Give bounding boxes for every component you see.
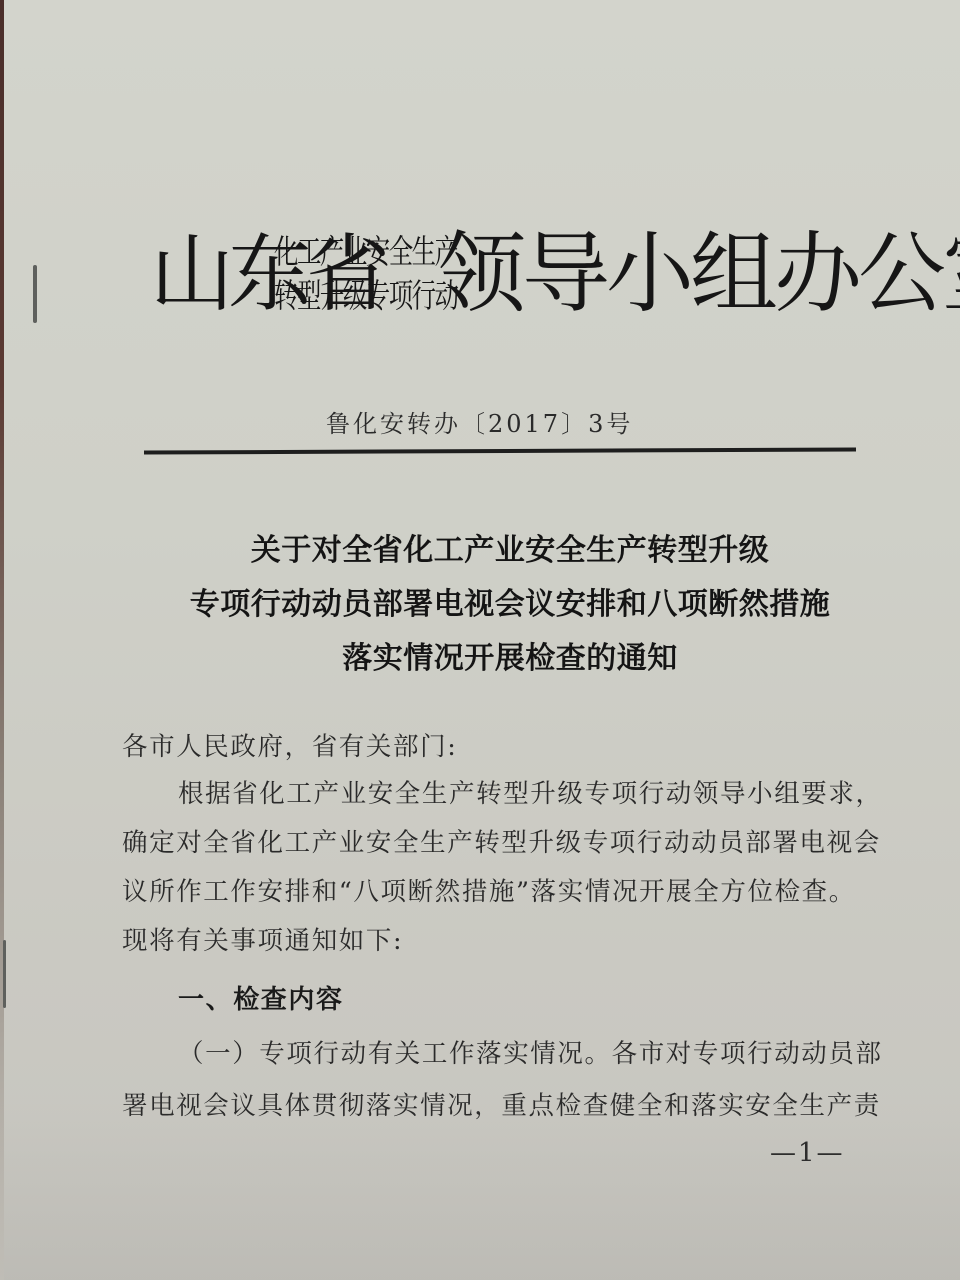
paragraph-line: 根据省化工产业安全生产转型升级专项行动领导小组要求， xyxy=(122,770,892,819)
document-title: 关于对全省化工产业安全生产转型升级 专项行动动员部署电视会议安排和八项断然措施 … xyxy=(130,524,890,686)
title-line: 关于对全省化工产业安全生产转型升级 xyxy=(130,524,890,578)
paragraph-line: 确定对全省化工产业安全生产转型升级专项行动动员部署电视会 xyxy=(122,819,892,868)
title-line: 专项行动动员部署电视会议安排和八项断然措施 xyxy=(130,578,890,632)
masthead-middle: 化工产业安全生产 转型升级专项行动 xyxy=(274,230,458,318)
document-masthead: 山东省 化工产业安全生产 转型升级专项行动 领导小组办公室文件 xyxy=(150,214,850,334)
paragraph-line: 现将有关事项通知如下: xyxy=(122,917,892,966)
paragraph-line: 议所作工作安排和“八项断然措施”落实情况开展全方位检查。 xyxy=(122,868,892,917)
masthead-prefix-wrap: 山东省 xyxy=(150,232,280,316)
section-heading: 一、检查内容 xyxy=(178,979,948,1016)
header-rule-divider xyxy=(144,447,856,454)
paragraph-line: （一）专项行动有关工作落实情况。各市对专项行动动员部 xyxy=(122,1028,892,1080)
salutation: 各市人民政府，省有关部门: xyxy=(122,727,892,763)
masthead-middle-line2: 转型升级专项行动 xyxy=(274,274,458,318)
page-left-edge xyxy=(0,0,4,1280)
masthead-suffix: 领导小组办公室文件 xyxy=(438,222,960,325)
document-number: 鲁化安转办〔2017〕3号 xyxy=(326,404,646,439)
binding-mark xyxy=(33,265,37,323)
page-number: —1— xyxy=(770,1138,845,1168)
masthead-suffix-wrap: 领导小组办公室文件 xyxy=(438,230,960,318)
paragraph-intro: 根据省化工产业安全生产转型升级专项行动领导小组要求， 确定对全省化工产业安全生产… xyxy=(122,770,892,966)
title-line: 落实情况开展检查的通知 xyxy=(130,632,890,686)
paragraph-section1: （一）专项行动有关工作落实情况。各市对专项行动动员部 署电视会议具体贯彻落实情况… xyxy=(122,1028,892,1132)
paragraph-line: 署电视会议具体贯彻落实情况，重点检查健全和落实安全生产责 xyxy=(122,1080,892,1132)
binding-mark xyxy=(3,940,6,1008)
masthead-middle-line1: 化工产业安全生产 xyxy=(274,230,458,274)
